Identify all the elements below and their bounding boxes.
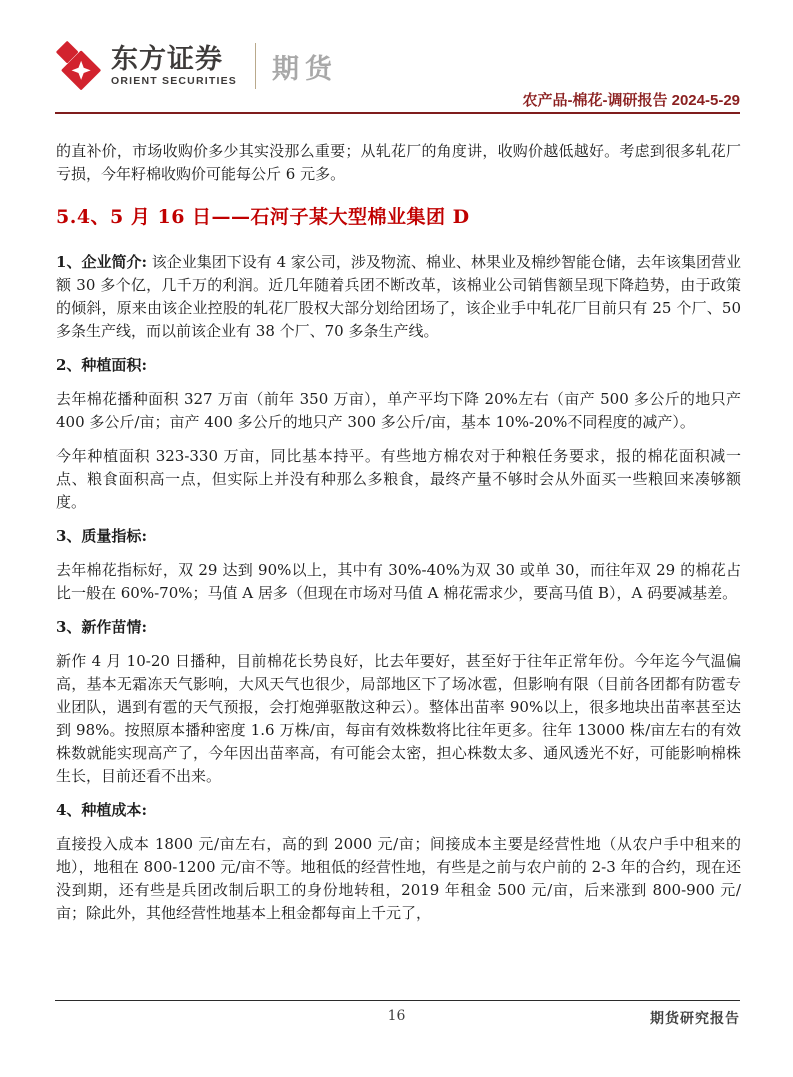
report-body: 的直补价，市场收购价多少其实没那么重要；从轧花厂的角度讲，收购价越低越好。考虑到… (56, 140, 741, 936)
header-rule (55, 112, 740, 114)
intro-paragraph: 的直补价，市场收购价多少其实没那么重要；从轧花厂的角度讲，收购价越低越好。考虑到… (56, 140, 741, 186)
footer-rule (55, 1000, 740, 1001)
paragraph-quality: 去年棉花指标好，双 29 达到 90%以上，其中有 30%-40%为双 30 或… (56, 559, 741, 605)
division-label: 期货 (272, 47, 338, 86)
section-label-company-profile: 1、企业简介: (56, 253, 147, 271)
section-label-quality: 3、质量指标: (56, 525, 741, 548)
paragraph-planting-cost: 直接投入成本 1800 元/亩左右，高的到 2000 元/亩；间接成本主要是经营… (56, 833, 741, 925)
paragraph-new-crop: 新作 4 月 10-20 日播种，目前棉花长势良好，比去年要好，甚至好于往年正常… (56, 650, 741, 788)
section-label-planting-cost: 4、种植成本: (56, 799, 741, 822)
section-company-profile: 1、企业简介: 该企业集团下设有 4 家公司，涉及物流、棉业、林果业及棉纱智能仓… (56, 251, 741, 343)
brand-name-cn: 东方证券 (111, 45, 237, 73)
report-series-label: 农产品-棉花-调研报告 2024-5-29 (522, 89, 740, 110)
paragraph-planting-area-2: 今年种植面积 323-330 万亩，同比基本持平。有些地方棉农对于种粮任务要求，… (56, 445, 741, 514)
orient-securities-logo-icon (55, 38, 102, 94)
brand-divider (255, 43, 256, 89)
brand-text: 东方证券 ORIENT SECURITIES (111, 45, 237, 87)
brand: 东方证券 ORIENT SECURITIES 期货 (55, 38, 740, 94)
page-header: 东方证券 ORIENT SECURITIES 期货 农产品-棉花-调研报告 20… (55, 38, 740, 110)
paragraph-planting-area-1: 去年棉花播种面积 327 万亩（前年 350 万亩），单产平均下降 20%左右（… (56, 388, 741, 434)
section-label-new-crop: 3、新作苗情: (56, 616, 741, 639)
section-heading: 5.4、5 月 16 日——石河子某大型棉业集团 D (56, 202, 741, 229)
report-page: 东方证券 ORIENT SECURITIES 期货 农产品-棉花-调研报告 20… (0, 0, 793, 1077)
brand-name-en: ORIENT SECURITIES (111, 75, 237, 87)
footer-report-type: 期货研究报告 (650, 1008, 740, 1028)
section-label-planting-area: 2、种植面积: (56, 354, 741, 377)
section-text-company-profile: 该企业集团下设有 4 家公司，涉及物流、棉业、林果业及棉纱智能仓储，去年该集团营… (56, 253, 741, 340)
